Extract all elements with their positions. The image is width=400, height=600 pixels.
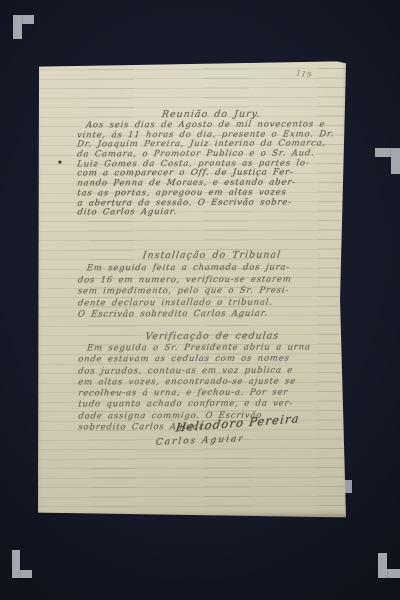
signature-clerk: Carlos Aguiar xyxy=(155,434,245,448)
ink-blot-mark xyxy=(58,161,61,164)
handwritten-line: tudo quanto achado conforme, e da ver- xyxy=(78,399,341,411)
handwritten-line: onde estavam as cedulas com os nomes xyxy=(77,354,340,366)
photo-mount-corner-bottom-left xyxy=(12,550,32,578)
paragraph-reuniao: Aos seis dias de Agosto de mil novecento… xyxy=(76,120,338,218)
handwritten-line: dos jurados, contou-as em voz publica e xyxy=(77,365,340,377)
handwritten-line: dito Carlos Aguiar. xyxy=(77,208,340,219)
photo-mount-corner-top-right xyxy=(375,148,400,174)
paragraph-installacao: Em seguida feita a chamada dos jura-dos … xyxy=(77,262,339,321)
handwritten-line: Em seguida feita a chamada dos jura- xyxy=(86,262,340,275)
manuscript-page: 119 Reunião do Jury. Aos seis dias de Ag… xyxy=(36,59,348,518)
handwritten-line: sem impedimento, pelo que o Sr. Presi- xyxy=(77,285,340,298)
handwritten-line: O Escrivão sobredito Carlos Aguiar. xyxy=(77,308,340,321)
heading-installacao-tribunal: Installação do Tribunal xyxy=(76,249,347,261)
heading-verificacao-cedulas: Verificação de cedulas xyxy=(77,330,348,342)
photo-mount-corner-top-left xyxy=(13,15,34,39)
photo-background: 119 Reunião do Jury. Aos seis dias de Ag… xyxy=(0,0,400,600)
photo-mount-corner-bottom-right xyxy=(378,553,400,578)
page-number: 119 xyxy=(296,68,313,79)
